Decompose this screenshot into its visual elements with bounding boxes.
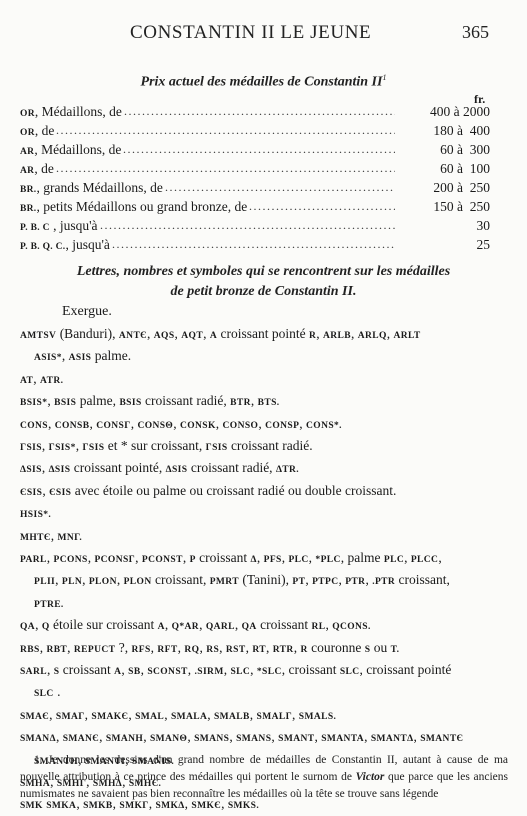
leader-dots: ........................................… <box>249 199 395 214</box>
price-label: AR, Médaillons, de <box>20 142 121 158</box>
metal-abbrev: AR <box>20 166 34 176</box>
price-label: AR, de <box>20 161 54 177</box>
price-row: BR., petits Médaillons ou grand bronze, … <box>20 199 490 217</box>
leader-dots: ........................................… <box>124 104 395 119</box>
price-description: , petits Médaillons ou grand bronze, de <box>36 199 247 214</box>
page-number: 365 <box>462 22 489 43</box>
metal-abbrev: BR. <box>20 204 36 214</box>
metal-abbrev: AR <box>20 147 34 157</box>
price-description: , jusqu'à <box>50 218 98 233</box>
price-label: OR, de <box>20 123 54 139</box>
running-title: CONSTANTIN II LE JEUNE <box>130 22 371 44</box>
price-label: BR., grands Médaillons, de <box>20 180 163 196</box>
price-value: 200 à 250 <box>400 180 490 196</box>
price-description: , Médaillons, de <box>34 142 121 157</box>
price-value: 60 à 100 <box>400 161 490 177</box>
price-row: P. B. Q. C., jusqu'à....................… <box>20 237 490 255</box>
metal-abbrev: BR. <box>20 185 36 195</box>
price-row: AR, Médaillons, de......................… <box>20 142 490 160</box>
leader-dots: ........................................… <box>123 142 395 157</box>
metal-abbrev: OR <box>20 109 35 119</box>
leader-dots: ........................................… <box>112 237 395 252</box>
footnote-italic-word: Victor <box>356 771 385 783</box>
price-value: 25 <box>400 237 490 253</box>
price-label: P. B. Q. C., jusqu'à <box>20 237 110 253</box>
price-label: BR., petits Médaillons ou grand bronze, … <box>20 199 247 215</box>
leader-dots: ........................................… <box>56 123 395 138</box>
price-value: 150 à 250 <box>400 199 490 215</box>
footnote-number: 1. <box>20 754 43 766</box>
running-head: CONSTANTIN II LE JEUNE 365 <box>0 22 527 46</box>
price-value: 400 à 2000 <box>400 104 490 120</box>
leader-dots: ........................................… <box>165 180 395 195</box>
price-value: 30 <box>400 218 490 234</box>
price-row: OR, Médaillons, de......................… <box>20 104 490 122</box>
leader-dots: ........................................… <box>56 161 395 176</box>
exergue-subheading: Exergue. <box>62 304 112 320</box>
price-value: 60 à 300 <box>400 142 490 158</box>
letters-title-line2: de petit bronze de Constantin II. <box>0 284 527 300</box>
price-row: OR, de..................................… <box>20 123 490 141</box>
letters-title-line1: Lettres, nombres et symboles qui se renc… <box>0 264 527 280</box>
price-row: P. B. C , jusqu'à.......................… <box>20 218 490 236</box>
metal-abbrev: P. B. Q. C. <box>20 242 65 252</box>
price-value: 180 à 400 <box>400 123 490 139</box>
price-description: , grands Médaillons, de <box>36 180 162 195</box>
price-description: , jusqu'à <box>65 237 109 252</box>
footnote: 1. Je donne les dessins d'un grand nombr… <box>20 752 508 803</box>
metal-abbrev: P. B. C <box>20 223 50 233</box>
leader-dots: ........................................… <box>100 218 395 233</box>
price-description: , de <box>35 123 55 138</box>
price-section-title: Prix actuel des médailles de Constantin … <box>0 73 527 91</box>
price-label: P. B. C , jusqu'à <box>20 218 98 234</box>
price-row: AR, de..................................… <box>20 161 490 179</box>
price-description: , de <box>34 161 54 176</box>
price-label: OR, Médaillons, de <box>20 104 122 120</box>
price-description: , Médaillons, de <box>35 104 122 119</box>
price-row: BR., grands Médaillons, de..............… <box>20 180 490 198</box>
price-title-text: Prix actuel des médailles de Constantin … <box>141 75 383 90</box>
metal-abbrev: OR <box>20 128 35 138</box>
footnote-marker: 1 <box>382 73 386 82</box>
